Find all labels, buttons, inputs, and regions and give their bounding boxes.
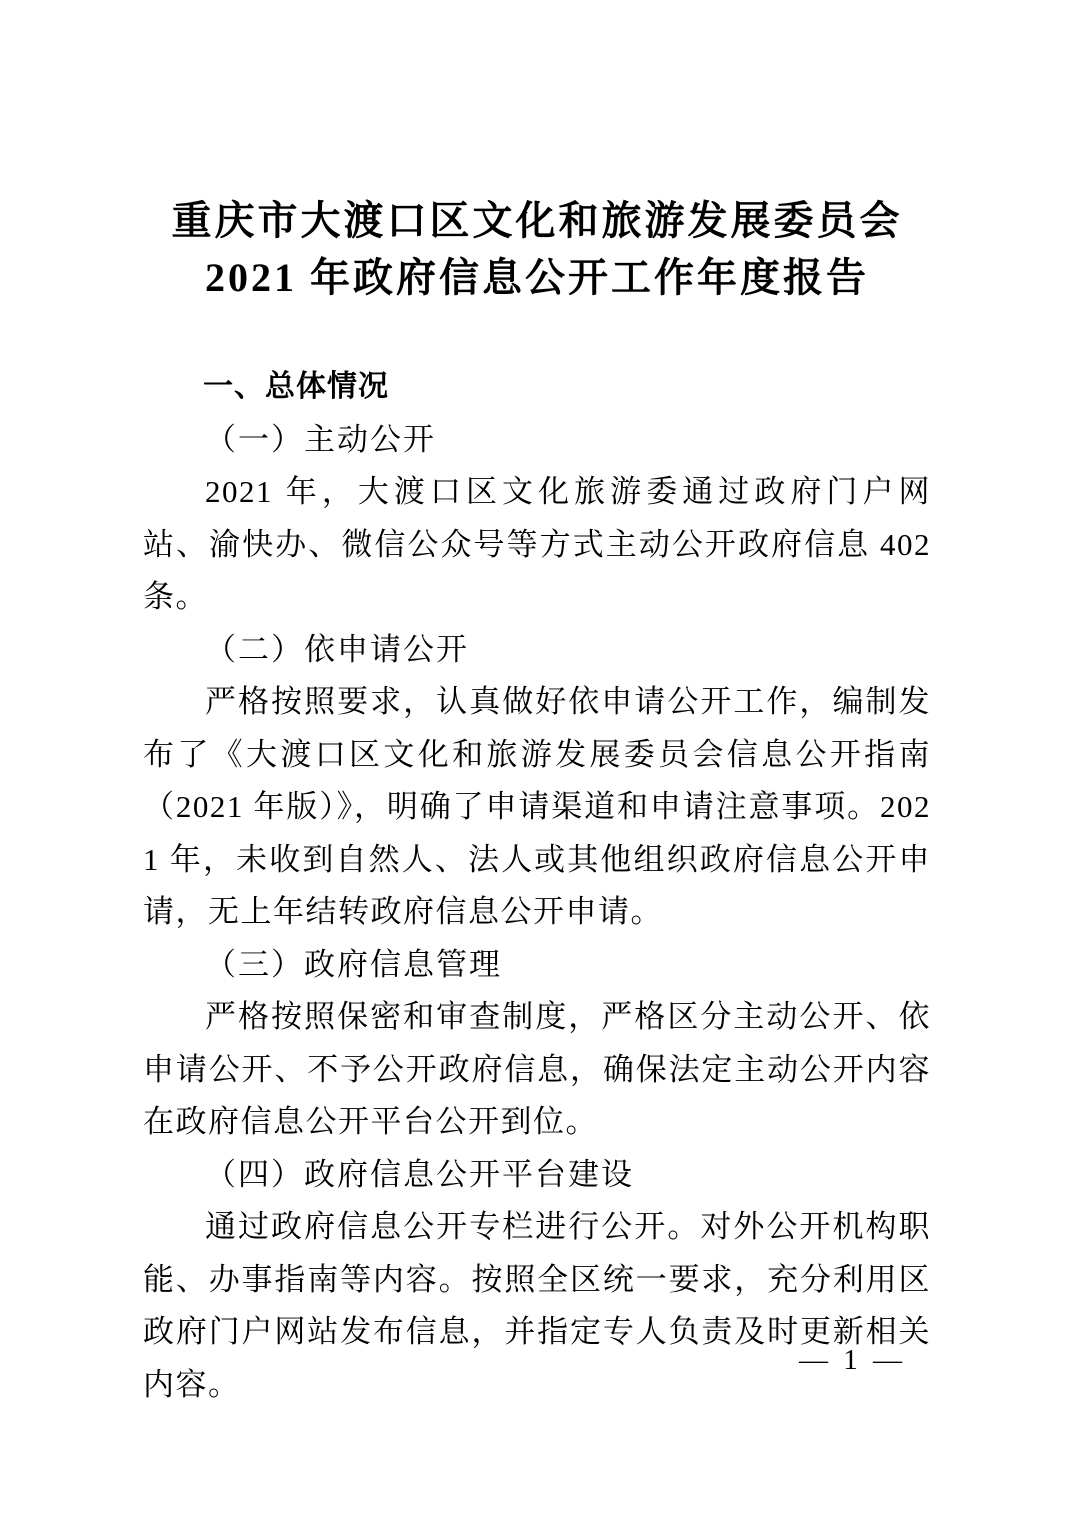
paragraph-disclosure-upon-request: 严格按照要求，认真做好依申请公开工作，编制发布了《大渡口区文化和旅游发展委员会信… bbox=[143, 676, 931, 939]
paragraph-platform-construction: 通过政府信息公开专栏进行公开。对外公开机构职能、办事指南等内容。按照全区统一要求… bbox=[143, 1201, 931, 1411]
document-title: 重庆市大渡口区文化和旅游发展委员会 2021 年政府信息公开工作年度报告 bbox=[143, 192, 931, 306]
section-heading-overall-situation: 一、总体情况 bbox=[143, 361, 931, 414]
paragraph-information-management: 严格按照保密和审查制度，严格区分主动公开、依申请公开、不予公开政府信息，确保法定… bbox=[143, 991, 931, 1149]
title-line-1: 重庆市大渡口区文化和旅游发展委员会 bbox=[143, 192, 931, 249]
document-content: 重庆市大渡口区文化和旅游发展委员会 2021 年政府信息公开工作年度报告 一、总… bbox=[0, 192, 1074, 1411]
document-page: 重庆市大渡口区文化和旅游发展委员会 2021 年政府信息公开工作年度报告 一、总… bbox=[0, 0, 1074, 1520]
subsection-heading-platform-construction: （四）政府信息公开平台建设 bbox=[143, 1149, 931, 1202]
subsection-heading-proactive-disclosure: （一）主动公开 bbox=[143, 414, 931, 467]
subsection-heading-disclosure-upon-request: （二）依申请公开 bbox=[143, 624, 931, 677]
document-body: 一、总体情况 （一）主动公开 2021 年，大渡口区文化旅游委通过政府门户网站、… bbox=[143, 361, 931, 1411]
subsection-heading-information-management: （三）政府信息管理 bbox=[143, 939, 931, 992]
page-number: — 1 — bbox=[799, 1344, 906, 1377]
title-line-2: 2021 年政府信息公开工作年度报告 bbox=[143, 249, 931, 306]
paragraph-proactive-disclosure: 2021 年，大渡口区文化旅游委通过政府门户网站、渝快办、微信公众号等方式主动公… bbox=[143, 466, 931, 624]
